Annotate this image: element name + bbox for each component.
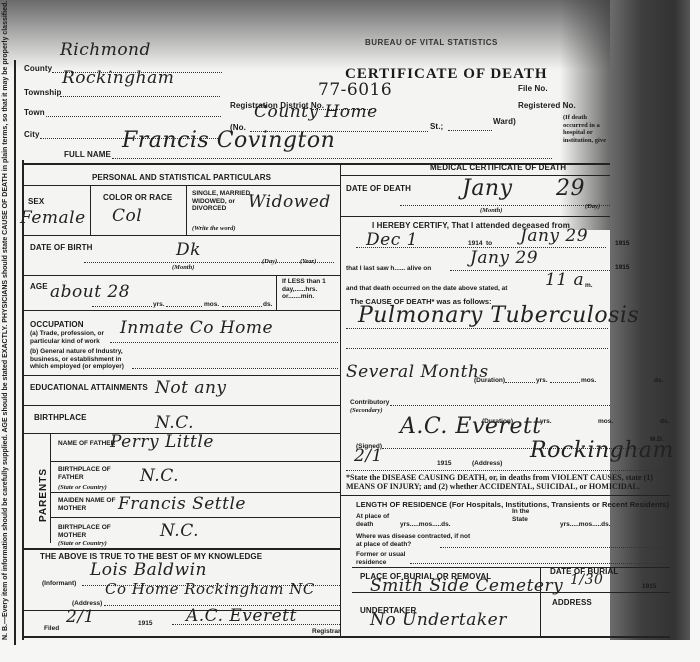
full-name-line [112,158,552,159]
rule [22,375,340,376]
burial-year: 1915 [642,583,656,591]
occupation-b-line [132,368,338,369]
registered-no-label: Registered No. [518,101,576,110]
bureau-heading: BUREAU OF VITAL STATISTICS [365,38,498,47]
cause-line-2 [346,348,608,349]
rule [352,567,670,568]
ward-line [448,130,492,131]
address-line [346,470,676,471]
father-name-value: Perry Little [110,432,214,452]
last-saw-value: Jany 29 [470,248,538,268]
registrar-signature: A.C. Everett [186,606,297,626]
undertaker-value: No Undertaker [370,610,507,630]
birthplace-label: BIRTHPLACE [34,413,87,422]
father-name-label: NAME OF FATHER [58,440,118,448]
rule [22,548,340,550]
informant-label: (Informant) [42,580,76,588]
rule [50,492,340,493]
contracted-line [440,547,670,548]
dob-value: Dk [176,240,201,260]
occupation-a-line [110,342,338,343]
signed-date: 2/1 [354,446,383,466]
date-of-death-day: 29 [556,176,585,201]
former-residence-line [410,563,670,564]
frame-left [14,60,16,645]
full-name-label: FULL NAME [64,150,111,159]
filed-year: 1915 [138,620,152,628]
sex-label: SEX [28,197,44,206]
town-label: Town [24,108,45,117]
township-label: Township [24,88,62,97]
full-name-value: Francis Covington [122,128,335,153]
last-saw-label: that I last saw h...... alive on [346,265,431,273]
rule [50,461,340,462]
rule [50,433,51,543]
street-no-value: County Home [254,102,378,122]
burial-place-value: Smith Side Cemetery [370,576,563,596]
rule [340,216,610,217]
attended-from-year: 1914 [468,240,482,248]
filed-date: 2/1 [66,607,95,627]
registrar-line [172,624,340,625]
birthplace-value: N.C. [155,413,194,433]
age-yrs-line [92,306,152,307]
registration-value: 77-6016 [318,80,392,100]
signed-address-value: Rockingham [530,438,674,463]
in-state-label: In the State [512,508,542,523]
rule [352,592,670,593]
at-place-units: yrs.....mos.....ds. [400,521,451,529]
duration-yrs-line [505,382,535,383]
age-ds-line [222,306,262,307]
rule [22,310,340,311]
dob-line [84,262,334,263]
father-birthplace-hint: (State or Country) [58,484,107,491]
secondary-label: (Secondary) [350,407,383,414]
mother-name-label: MAIDEN NAME OF MOTHER [58,497,124,512]
signed-year: 1915 [437,460,451,468]
age-mos-line [166,306,202,307]
last-saw-line [450,270,610,271]
occurred-time: 11 a [545,270,584,290]
date-of-death-line [400,205,610,206]
mother-name-value: Francis Settle [118,494,246,514]
dob-day-label: (Day) [262,258,277,265]
age-value: about 28 [50,282,130,302]
rule [276,275,277,310]
rule [340,495,670,496]
date-of-death-day-label: (Day) [585,203,600,210]
in-state-units: yrs.....mos.....ds. [560,521,611,529]
duration-mos-label: mos. [581,377,596,385]
less-than-day-label: If LESS than 1 day,......hrs. or.......m… [282,278,338,301]
township-line [60,96,220,97]
rule [186,185,187,235]
burial-address-label: ADDRESS [552,598,592,607]
duration-value: Several Months [346,362,489,382]
former-residence-label: Former or usual residence [356,551,416,566]
age-ds-label: ds. [263,301,272,309]
rule [50,517,340,518]
contributory-line [390,405,610,406]
rule [22,405,340,406]
parents-label: PARENTS [38,468,49,522]
county-value: Richmond [60,40,151,60]
attended-to: Jany 29 [520,226,588,246]
signed-address-label: (Address) [472,460,502,468]
father-birthplace-label: BIRTHPLACE OF FATHER [58,466,124,481]
duration-yrs-label: yrs. [536,377,548,385]
duration-mos-line [550,382,580,383]
color-label: COLOR OR RACE [103,193,172,202]
personal-section-title: PERSONAL AND STATISTICAL PARTICULARS [92,173,271,182]
sex-value: Female [20,208,86,228]
rule [22,185,340,186]
occurred-suffix: m. [585,282,593,290]
burial-date-value: 1/30 [570,572,603,588]
town-line [46,116,221,117]
hospital-note: (If death occurred in a hospital or inst… [563,114,613,144]
contrib-mos-label: mos. [598,418,613,426]
frame-left-inner [22,160,24,640]
marital-hint: (Write the word) [192,225,236,232]
occupation-label: OCCUPATION [30,320,84,329]
informant-value: Lois Baldwin [90,560,207,580]
registrar-label: Registrar [312,628,341,636]
date-of-death-label: DATE OF DEATH [346,184,411,193]
contrib-ds-label: ds. [660,418,669,426]
last-saw-year: 1915 [615,264,629,272]
st-label: St.; [430,122,443,131]
cause-value: Pulmonary Tuberculosis [358,303,639,328]
age-label: AGE [30,282,48,291]
age-mos-label: mos. [204,301,219,309]
date-of-death-month-label: (Month) [480,207,502,214]
occurred-label: and that death occurred on the date abov… [346,285,507,293]
rule [540,567,541,637]
at-place-label: At place of death [356,513,396,528]
marital-value: Widowed [248,192,331,212]
ward-label: Ward) [493,117,516,126]
file-no-label: File No. [518,84,548,93]
attended-to-year: 1915 [615,240,629,248]
township-value: Rockingham [62,68,174,88]
occupation-a-value: Inmate Co Home [120,318,273,338]
father-birthplace-value: N.C. [140,466,179,486]
occupation-b-label: (b) General nature of Industry, business… [30,348,134,371]
cause-line-1 [346,328,608,329]
attended-to-label: to [486,240,492,248]
city-label: City [24,130,40,139]
margin-note: N. B.—Every item of information should b… [2,160,9,640]
duration-label: (Duration) [474,377,505,385]
marital-label: SINGLE, MARRIED, WIDOWED, or DIVORCED [192,190,252,213]
education-value: Not any [155,378,227,398]
mother-birthplace-hint: (State or Country) [58,540,107,547]
filed-label: Filed [44,625,59,633]
contracted-label: Where was disease contracted, if not at … [356,533,476,548]
dob-month-label: (Month) [172,264,194,271]
page-edge [690,0,700,662]
mother-birthplace-label: BIRTHPLACE OF MOTHER [58,524,124,539]
mother-birthplace-value: N.C. [160,521,199,541]
column-divider [340,163,341,636]
rule [90,185,91,235]
duration-ds-label: ds. [654,377,663,385]
medical-section-title: MEDICAL CERTIFICATE OF DEATH [430,163,566,172]
dob-label: DATE OF BIRTH [30,243,92,252]
rule [22,235,340,236]
age-yrs-label: yrs. [153,301,165,309]
contributory-label: Contributory [350,399,389,407]
dob-year-label: (Year) [300,258,316,265]
county-label: County [24,64,52,73]
page-bottom-margin [0,640,700,662]
color-value: Col [112,206,142,226]
education-label: EDUCATIONAL ATTAINMENTS [30,383,148,392]
frame-bottom [22,636,670,638]
physician-signature: A.C. Everett [400,414,542,439]
rule [22,275,340,276]
informant-address-value: Co Home Rockingham NC [105,580,315,598]
date-of-death-month: Jany [462,176,513,201]
cause-footnote: *State the DISEASE CAUSING DEATH, or, in… [346,473,676,491]
